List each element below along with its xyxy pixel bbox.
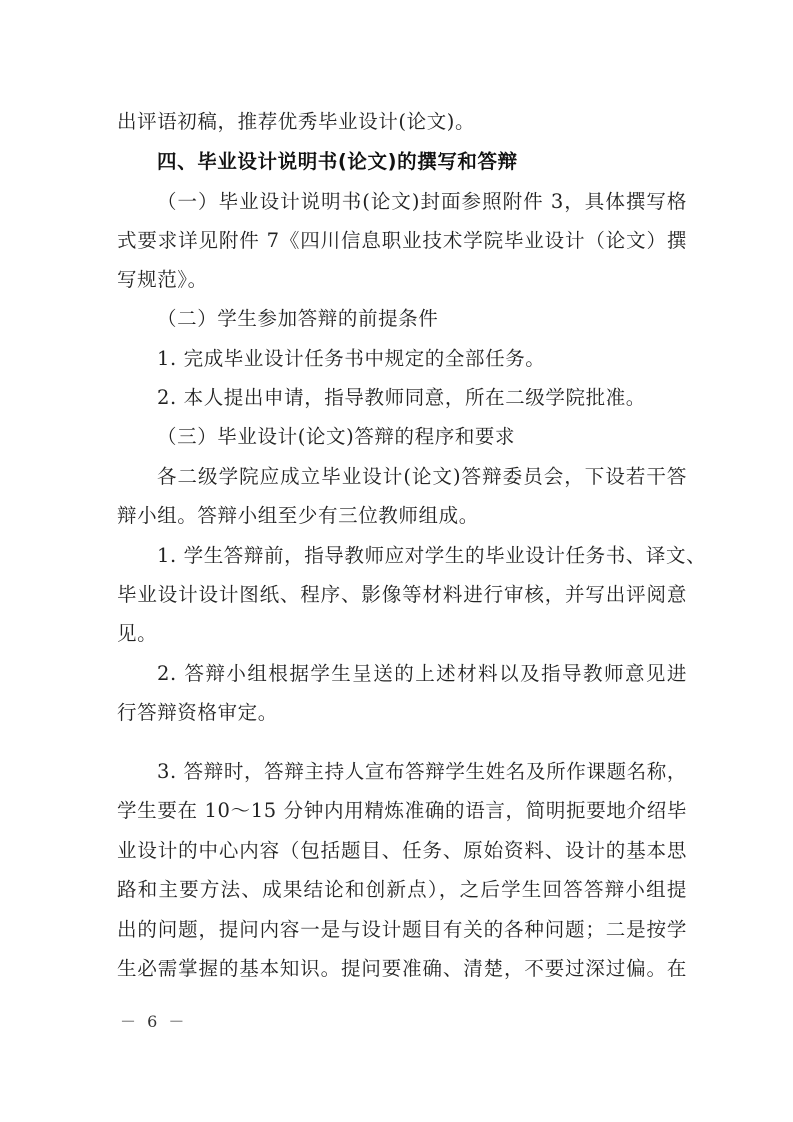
- list-item: 1. 完成毕业设计任务书中规定的全部任务。: [157, 347, 687, 371]
- list-item: 1. 学生答辩前，指导教师应对学生的毕业设计任务书、译文、: [157, 544, 687, 568]
- paragraph-line: 毕业设计设计图纸、程序、影像等材料进行审核，并写出评阅意: [117, 583, 687, 607]
- paragraph-line: 各二级学院应成立毕业设计(论文)答辩委员会，下设若干答: [157, 465, 687, 489]
- subsection-heading: （三）毕业设计(论文)答辩的程序和要求: [157, 425, 687, 449]
- paragraph-line: 式要求详见附件 7《四川信息职业技术学院毕业设计（论文）撰: [117, 229, 687, 253]
- paragraph-line: （一）毕业设计说明书(论文)封面参照附件 3，具体撰写格: [157, 190, 687, 214]
- paragraph-line: 生必需掌握的基本知识。提问要准确、清楚，不要过深过偏。在: [117, 957, 687, 981]
- section-heading: 四、毕业设计说明书(论文)的撰写和答辩: [157, 150, 687, 174]
- document-page: 出评语初稿，推荐优秀毕业设计(论文)。 四、毕业设计说明书(论文)的撰写和答辩 …: [0, 0, 793, 1122]
- paragraph-line: 学生要在 10～15 分钟内用精炼准确的语言，简明扼要地介绍毕: [117, 799, 687, 823]
- paragraph-line: 业设计的中心内容（包括题目、任务、原始资料、设计的基本思: [117, 839, 687, 863]
- paragraph-line: 路和主要方法、成果结论和创新点），之后学生回答答辩小组提: [117, 878, 687, 902]
- paragraph-line: 辩小组。答辩小组至少有三位教师组成。: [117, 504, 687, 528]
- page-number: － 6 －: [120, 1009, 187, 1032]
- list-item: 2. 答辩小组根据学生呈送的上述材料以及指导教师意见进: [157, 662, 687, 686]
- paragraph-line: 出的问题，提问内容一是与设计题目有关的各种问题；二是按学: [117, 918, 687, 942]
- paragraph-line: 出评语初稿，推荐优秀毕业设计(论文)。: [117, 110, 687, 134]
- list-item: 3. 答辩时，答辩主持人宣布答辩学生姓名及所作课题名称，: [157, 760, 687, 784]
- paragraph-line: 见。: [117, 622, 687, 646]
- paragraph-line: 写规范》。: [117, 268, 687, 292]
- list-item: 2. 本人提出申请，指导教师同意，所在二级学院批准。: [157, 386, 687, 410]
- paragraph-line: 行答辩资格审定。: [117, 701, 687, 725]
- subsection-heading: （二）学生参加答辩的前提条件: [157, 307, 687, 331]
